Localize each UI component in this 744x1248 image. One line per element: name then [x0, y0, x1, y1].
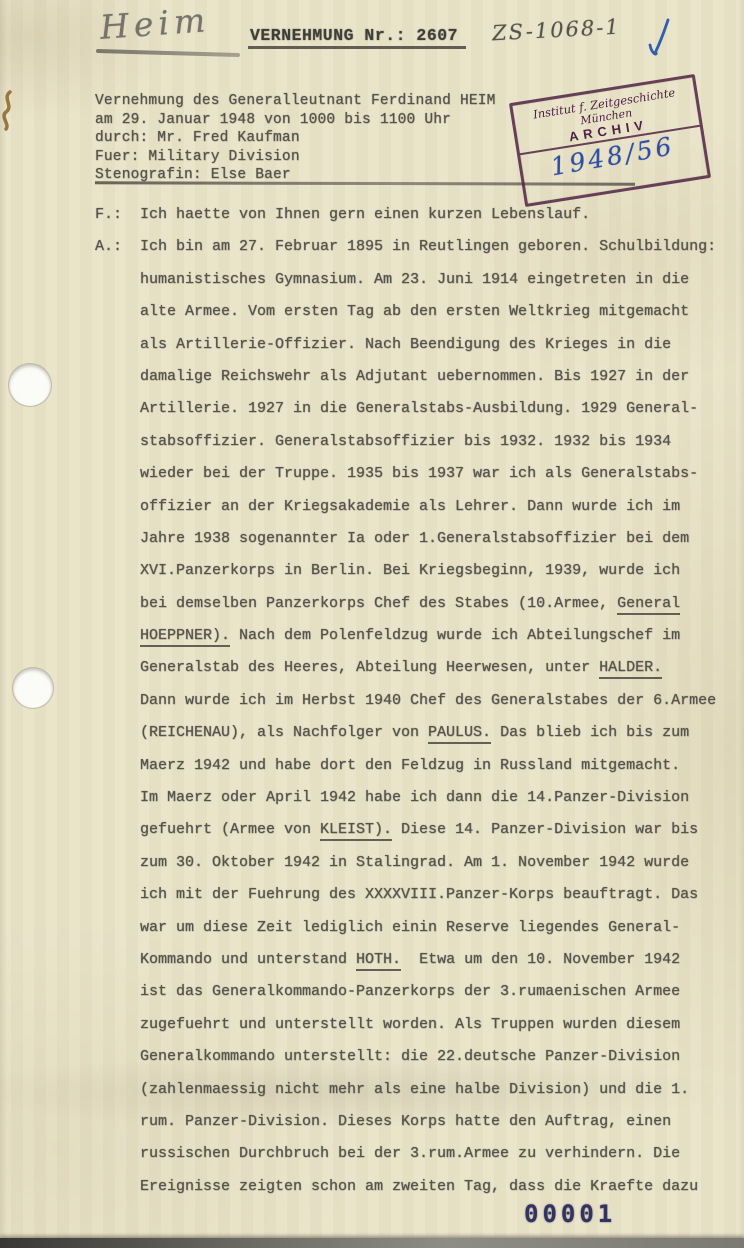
- archive-reference: ZS-1068-1: [491, 15, 621, 46]
- line-text: wieder bei der Truppe. 1935 bis 1937 war…: [140, 465, 698, 482]
- handwritten-name-underline: [96, 49, 240, 57]
- line-text: gefuehrt (Armee von KLEIST). Diese 14. P…: [140, 821, 698, 841]
- line-text: Dann wurde ich im Herbst 1940 Chef des G…: [140, 692, 716, 709]
- speaker-label: F.:: [95, 199, 140, 231]
- speaker-label: A.:: [95, 231, 140, 263]
- meta-line: am 29. Januar 1948 von 1000 bis 1100 Uhr: [95, 111, 496, 130]
- line-text: rum. Panzer-Division. Dieses Korps hatte…: [140, 1113, 671, 1130]
- paper-tear-mark: [0, 88, 20, 132]
- transcript-line: ist das Generalkommando-Panzerkorps der …: [95, 976, 740, 1008]
- line-text: ich mit der Fuehrung des XXXXVIII.Panzer…: [140, 886, 698, 903]
- line-text: offizier an der Kriegsakademie als Lehre…: [140, 498, 680, 515]
- transcript-line: (zahlenmaessig nicht mehr als eine halbe…: [95, 1074, 740, 1106]
- document-title: VERNEHMUNG Nr.: 2607: [248, 26, 466, 49]
- transcript-line: F.:Ich haette von Ihnen gern einen kurze…: [95, 199, 740, 231]
- transcript-line: gefuehrt (Armee von KLEIST). Diese 14. P…: [95, 814, 740, 846]
- line-text: Jahre 1938 sogenannter Ia oder 1.General…: [140, 530, 689, 547]
- line-text: russischen Durchbruch bei der 3.rum.Arme…: [140, 1145, 680, 1162]
- transcript-line: rum. Panzer-Division. Dieses Korps hatte…: [95, 1106, 740, 1138]
- transcript-line: Jahre 1938 sogenannter Ia oder 1.General…: [95, 523, 740, 555]
- line-text: humanistisches Gymnasium. Am 23. Juni 19…: [140, 271, 689, 288]
- transcript-line: als Artillerie-Offizier. Nach Beendigung…: [95, 329, 740, 361]
- line-text: Generalkommando unterstellt: die 22.deut…: [140, 1048, 680, 1065]
- line-text: XVI.Panzerkorps in Berlin. Bei Kriegsbeg…: [140, 562, 680, 579]
- page-number-stamp: 00001: [524, 1200, 616, 1228]
- transcript-line: HOEPPNER). Nach dem Polenfeldzug wurde i…: [95, 620, 740, 652]
- line-text: (REICHENAU), als Nachfolger von PAULUS. …: [140, 724, 689, 744]
- line-text: (zahlenmaessig nicht mehr als eine halbe…: [140, 1081, 689, 1098]
- meta-line: Vernehmung des Generalleutnant Ferdinand…: [95, 92, 496, 111]
- transcript-line: Artillerie. 1927 in die Generalstabs-Aus…: [95, 393, 740, 425]
- scan-bottom-edge: [0, 1238, 744, 1248]
- transcript-line: wieder bei der Truppe. 1935 bis 1937 war…: [95, 458, 740, 490]
- transcript-line: Maerz 1942 und habe dort den Feldzug in …: [95, 750, 740, 782]
- line-text: zum 30. Oktober 1942 in Stalingrad. Am 1…: [140, 854, 689, 871]
- line-text: Generalstab des Heeres, Abteilung Heerwe…: [140, 659, 662, 679]
- transcript-line: Ereignisse zeigten schon am zweiten Tag,…: [95, 1171, 740, 1203]
- transcript-line: A.:Ich bin am 27. Februar 1895 in Reutli…: [95, 231, 740, 263]
- transcript-line: Dann wurde ich im Herbst 1940 Chef des G…: [95, 685, 740, 717]
- line-text: war um diese Zeit lediglich einin Reserv…: [140, 919, 680, 936]
- transcript-line: XVI.Panzerkorps in Berlin. Bei Kriegsbeg…: [95, 555, 740, 587]
- punch-hole-bottom: [13, 668, 53, 708]
- checkmark-icon: [646, 17, 674, 63]
- transcript-line: zugefuehrt und unterstellt worden. Als T…: [95, 1009, 740, 1041]
- line-text: ist das Generalkommando-Panzerkorps der …: [140, 983, 680, 1000]
- handwritten-name: Heim: [99, 0, 212, 47]
- line-text: Artillerie. 1927 in die Generalstabs-Aus…: [140, 400, 698, 417]
- transcript-line: bei demselben Panzerkorps Chef des Stabe…: [95, 588, 740, 620]
- transcript-line: ich mit der Fuehrung des XXXXVIII.Panzer…: [95, 879, 740, 911]
- punch-hole-top: [9, 364, 51, 406]
- transcript-line: Im Maerz oder April 1942 habe ich dann d…: [95, 782, 740, 814]
- transcript-line: war um diese Zeit lediglich einin Reserv…: [95, 912, 740, 944]
- line-text: Ich bin am 27. Februar 1895 in Reutlinge…: [140, 238, 716, 255]
- line-text: Maerz 1942 und habe dort den Feldzug in …: [140, 757, 680, 774]
- transcript-line: (REICHENAU), als Nachfolger von PAULUS. …: [95, 717, 740, 749]
- line-text: Kommando und unterstand HOTH. Etwa um de…: [140, 951, 680, 971]
- meta-line: durch: Mr. Fred Kaufman: [95, 129, 496, 148]
- transcript-line: zum 30. Oktober 1942 in Stalingrad. Am 1…: [95, 847, 740, 879]
- transcript-line: russischen Durchbruch bei der 3.rum.Arme…: [95, 1138, 740, 1170]
- line-text: HOEPPNER). Nach dem Polenfeldzug wurde i…: [140, 627, 680, 647]
- line-text: als Artillerie-Offizier. Nach Beendigung…: [140, 336, 671, 353]
- interrogation-meta: Vernehmung des Generalleutnant Ferdinand…: [95, 92, 496, 185]
- line-text: zugefuehrt und unterstellt worden. Als T…: [140, 1016, 680, 1033]
- archive-stamp: Institut f. Zeitgeschichte München ARCHI…: [509, 74, 711, 207]
- line-text: Ich haette von Ihnen gern einen kurzen L…: [140, 206, 590, 223]
- line-text: alte Armee. Vom ersten Tag ab den ersten…: [140, 303, 689, 320]
- transcript-line: alte Armee. Vom ersten Tag ab den ersten…: [95, 296, 740, 328]
- line-text: Ereignisse zeigten schon am zweiten Tag,…: [140, 1178, 698, 1195]
- meta-line: Fuer: Military Division: [95, 148, 496, 167]
- document-page: Heim VERNEHMUNG Nr.: 2607 ZS-1068-1 Vern…: [0, 0, 744, 1248]
- transcript-line: stabsoffizier. Generalstabsoffizier bis …: [95, 426, 740, 458]
- line-text: stabsoffizier. Generalstabsoffizier bis …: [140, 433, 671, 450]
- transcript-line: Generalstab des Heeres, Abteilung Heerwe…: [95, 652, 740, 684]
- line-text: damalige Reichswehr als Adjutant ueberno…: [140, 368, 689, 385]
- transcript-body: F.:Ich haette von Ihnen gern einen kurze…: [95, 199, 740, 1203]
- transcript-line: offizier an der Kriegsakademie als Lehre…: [95, 491, 740, 523]
- transcript-line: Kommando und unterstand HOTH. Etwa um de…: [95, 944, 740, 976]
- transcript-line: Generalkommando unterstellt: die 22.deut…: [95, 1041, 740, 1073]
- transcript-line: damalige Reichswehr als Adjutant ueberno…: [95, 361, 740, 393]
- line-text: Im Maerz oder April 1942 habe ich dann d…: [140, 789, 689, 806]
- line-text: bei demselben Panzerkorps Chef des Stabe…: [140, 595, 680, 615]
- transcript-line: humanistisches Gymnasium. Am 23. Juni 19…: [95, 264, 740, 296]
